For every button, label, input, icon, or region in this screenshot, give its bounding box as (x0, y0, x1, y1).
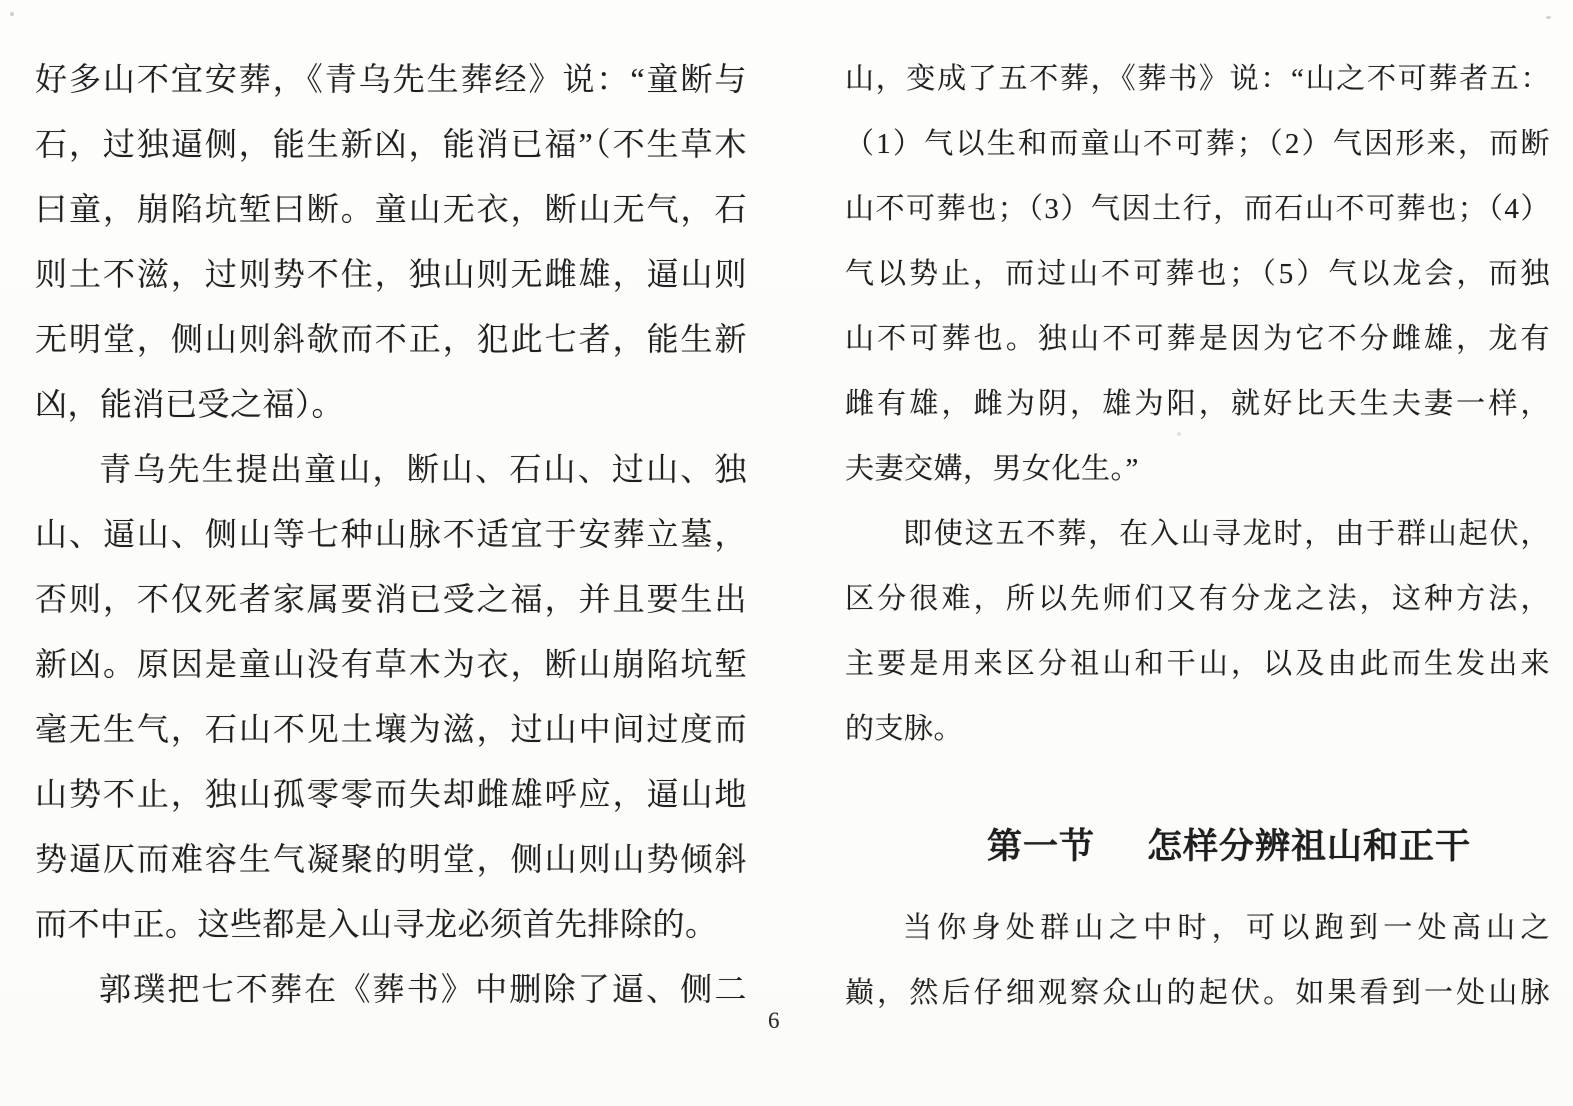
text-line: 主要是用来区分祖山和干山，以及由此而生发出来 (845, 635, 1550, 700)
text-line: 区分很难，所以先师们又有分龙之法，这种方法， (845, 570, 1550, 635)
section-heading-title: 怎样分辨祖山和正干 (1147, 827, 1471, 866)
text-line: 当你身处群山之中时，可以跑到一处高山之 (845, 899, 1550, 964)
text-line: （1）气以生和而童山不可葬；（2）气因形来，而断 (845, 115, 1550, 180)
section-heading: 第一节怎样分辨祖山和正干 (845, 817, 1550, 883)
text-line: 势逼仄而难容生气凝聚的明堂，侧山则山势倾斜 (35, 830, 747, 895)
text-line: 山不可葬也。独山不可葬是因为它不分雌雄，龙有 (845, 310, 1550, 375)
text-line: 夫妻交媾，男女化生。” (845, 440, 1550, 505)
text-line: 郭璞把七不葬在《葬书》中删除了逼、侧二 (35, 960, 747, 1025)
text-line: 山势不止，独山孤零零而失却雌雄呼应，逼山地 (35, 765, 747, 830)
text-line: 新凶。原因是童山没有草木为衣，断山崩陷坑堑 (35, 635, 747, 700)
text-line: 而不中正。这些都是入山寻龙必须首先排除的。 (35, 895, 747, 960)
text-line: 曰童，崩陷坑堑曰断。童山无衣，断山无气，石 (35, 180, 747, 245)
text-line: 山、逼山、侧山等七种山脉不适宜于安葬立墓， (35, 505, 747, 570)
text-line: 气以势止，而过山不可葬也；（5）气以龙会，而独 (845, 245, 1550, 310)
book-page-spread: 好多山不宜安葬，《青乌先生葬经》说：“童断与 石，过独逼侧，能生新凶，能消已福”… (0, 0, 1573, 1106)
text-line: 好多山不宜安葬，《青乌先生葬经》说：“童断与 (35, 50, 747, 115)
text-line: 山不可葬也；（3）气因土行，而石山不可葬也；（4） (845, 180, 1550, 245)
text-line: 凶，能消已受之福）。 (35, 375, 747, 440)
text-line: 毫无生气，石山不见土壤为滋，过山中间过度而 (35, 700, 747, 765)
text-line: 巅，然后仔细观察众山的起伏。如果看到一处山脉 (845, 964, 1550, 1029)
scan-speck (1546, 16, 1551, 19)
text-line: 则土不滋，过则势不住，独山则无雌雄，逼山则 (35, 245, 747, 310)
text-line: 无明堂，侧山则斜欹而不正，犯此七者，能生新 (35, 310, 747, 375)
left-page-text-column: 好多山不宜安葬，《青乌先生葬经》说：“童断与 石，过独逼侧，能生新凶，能消已福”… (35, 50, 747, 1025)
text-line: 山，变成了五不葬，《葬书》说：“山之不可葬者五： (845, 50, 1550, 115)
text-line: 否则，不仅死者家属要消已受之福，并且要生出 (35, 570, 747, 635)
scan-speck (1177, 432, 1181, 436)
page-number: 6 (768, 1008, 780, 1034)
text-line: 青乌先生提出童山，断山、石山、过山、独 (35, 440, 747, 505)
text-line: 石，过独逼侧，能生新凶，能消已福”（不生草木 (35, 115, 747, 180)
right-page-text-column: 山，变成了五不葬，《葬书》说：“山之不可葬者五： （1）气以生和而童山不可葬；（… (845, 50, 1550, 1029)
section-heading-number: 第一节 (987, 827, 1095, 866)
text-line: 的支脉。 (845, 700, 1550, 765)
scan-speck (10, 12, 14, 16)
text-line: 雌有雄，雌为阴，雄为阳，就好比天生夫妻一样， (845, 375, 1550, 440)
text-line: 即使这五不葬，在入山寻龙时，由于群山起伏， (845, 505, 1550, 570)
